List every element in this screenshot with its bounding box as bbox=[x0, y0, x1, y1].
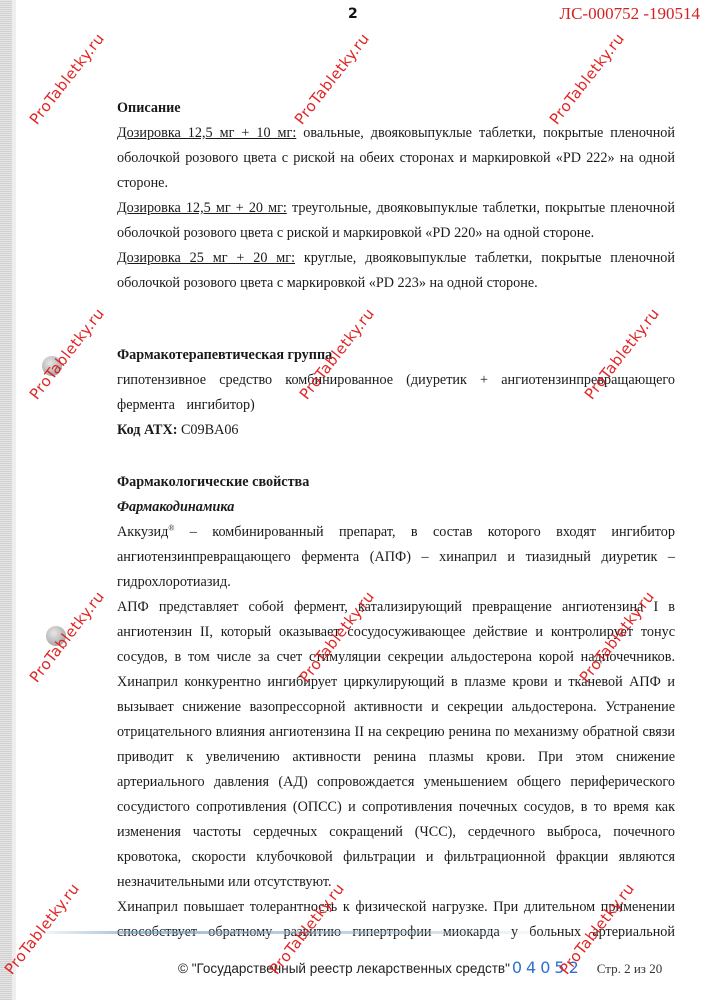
description-item: Дозировка 25 мг + 20 мг: круглые, двояко… bbox=[117, 246, 675, 296]
footer: © "Государственный реестр лекарственных … bbox=[178, 958, 662, 977]
document-body: Описание Дозировка 12,5 мг + 10 мг: овал… bbox=[117, 96, 675, 945]
paragraph: Хинаприл повышает толерантность к физиче… bbox=[117, 895, 675, 945]
brand-name: Аккузид bbox=[117, 524, 168, 540]
subsection-title-pharmacodynamics: Фармакодинамика bbox=[117, 495, 675, 520]
footer-page-info: Стр. 2 из 20 bbox=[597, 961, 662, 976]
punch-hole-icon bbox=[42, 356, 62, 376]
dosage-label: Дозировка 12,5 мг + 10 мг: bbox=[117, 125, 296, 141]
footer-copyright: © "Государственный реестр лекарственных … bbox=[178, 961, 510, 976]
section-title-pharmacological-properties: Фармакологические свойства bbox=[117, 470, 675, 495]
atc-label: Код АТХ: bbox=[117, 422, 177, 438]
footer-code: 04052 bbox=[512, 958, 583, 977]
description-item: Дозировка 12,5 мг + 10 мг: овальные, дво… bbox=[117, 121, 675, 196]
watermark: ProTabletky.ru bbox=[26, 588, 108, 686]
watermark: ProTabletky.ru bbox=[26, 30, 108, 128]
punch-hole-icon bbox=[46, 626, 66, 646]
scan-artifact bbox=[30, 931, 560, 934]
description-item: Дозировка 12,5 мг + 20 мг: треугольные, … bbox=[117, 196, 675, 246]
paragraph: АПФ представляет собой фермент, катализи… bbox=[117, 595, 675, 895]
atc-code: Код АТХ: C09BA06 bbox=[117, 418, 675, 443]
scan-edge bbox=[0, 0, 12, 1000]
registration-number: ЛС-000752 -190514 bbox=[560, 4, 700, 24]
section-title-description: Описание bbox=[117, 96, 675, 121]
scan-edge-shadow bbox=[12, 0, 16, 1000]
group-text: гипотензивное средство комбинированное (… bbox=[117, 368, 675, 418]
page-number: 2 bbox=[348, 6, 358, 22]
dosage-label: Дозировка 12,5 мг + 20 мг: bbox=[117, 200, 287, 216]
paragraph-text: – комбинированный препарат, в состав кот… bbox=[117, 524, 675, 590]
section-title-pharmacotherapeutic-group: Фармакотерапевтическая группа bbox=[117, 343, 675, 368]
watermark: ProTabletky.ru bbox=[26, 305, 108, 403]
atc-value: C09BA06 bbox=[177, 422, 238, 438]
paragraph: Аккузид® – комбинированный препарат, в с… bbox=[117, 520, 675, 595]
dosage-label: Дозировка 25 мг + 20 мг: bbox=[117, 250, 295, 266]
